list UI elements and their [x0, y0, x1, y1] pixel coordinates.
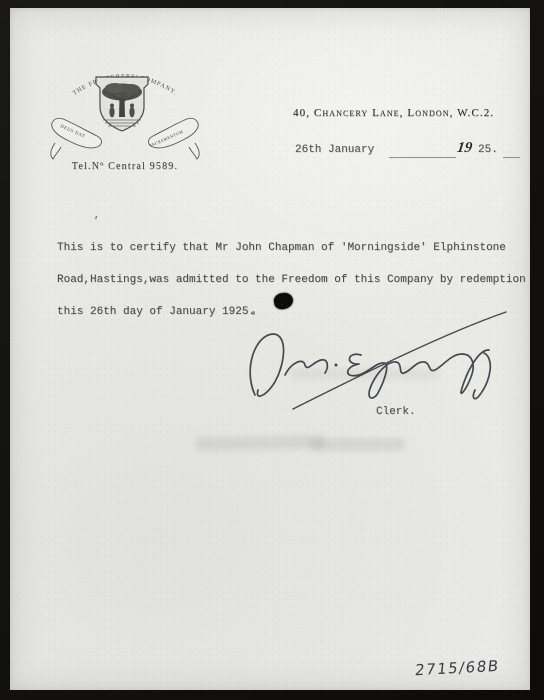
clerk-title: Clerk. [376, 406, 416, 418]
stray-typed-mark: ' [91, 215, 99, 227]
document-page: THE FRUITERERS' COMPANY. DEUS DAT I [10, 8, 530, 690]
address-line: 40, Chancery Lane, London, W.C.2. [293, 107, 494, 119]
body-line-2: Road,Hastings,was admitted to the Freedo… [57, 264, 535, 296]
showthrough-smudge [310, 438, 405, 451]
printed-year-prefix: 19 [456, 140, 473, 157]
signature-strokes [250, 312, 506, 409]
typed-date: 26th January [295, 144, 374, 156]
showthrough-smudge [195, 435, 325, 451]
crest-ribbon-right: INCREMENTUM [149, 118, 200, 159]
horizontal-crease-upper [10, 212, 530, 214]
fruiterers-crest-icon: THE FRUITERERS' COMPANY. DEUS DAT I [45, 55, 205, 160]
body-line-1: This is to certify that Mr John Chapman … [57, 232, 535, 264]
signature-name: Jno. Eagleton [10, 8, 11, 9]
typed-year: 25. [478, 144, 498, 156]
crest-ribbon-left: DEUS DAT [51, 118, 102, 159]
date-rule-line [389, 157, 456, 158]
clerk-signature [235, 305, 515, 415]
reference-number: 2715/68B [414, 657, 500, 680]
telephone-line: Tel.Nº Central 9589. [30, 161, 220, 172]
crest-shield [96, 77, 148, 131]
date-rule-line-end [503, 157, 520, 158]
horizontal-crease-lower [10, 500, 530, 502]
